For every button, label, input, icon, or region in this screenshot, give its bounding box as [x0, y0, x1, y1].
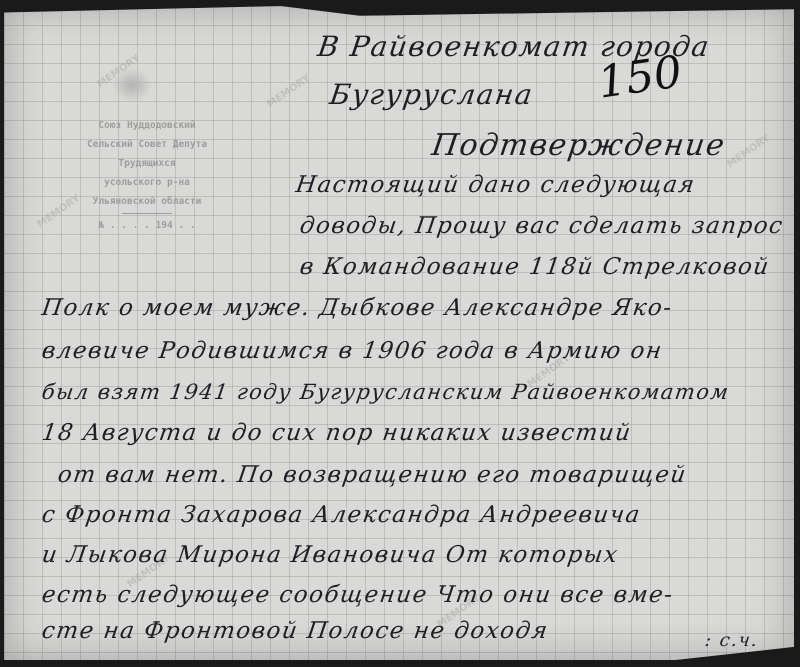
body-line: Полк о моем муже. Дыбкове Александре Яко…: [40, 295, 674, 321]
official-stamp: Союз Нуддодовский Сельский Совет Депута …: [52, 116, 242, 235]
watermark: MEMORY: [265, 73, 312, 110]
body-line: сте на Фронтовой Полосе не доходя: [40, 618, 550, 644]
stamp-line: Сельский Совет Депута: [52, 135, 242, 154]
stamp-line: Ульяновской области: [52, 192, 242, 211]
stamp-number-line: № . . . . 194 . .: [52, 216, 242, 235]
body-line: был взят 1941 году Бугурусланским Райвое…: [40, 380, 731, 404]
body-line: Настоящий дано следующая: [294, 172, 697, 198]
addressee-line-2: Бугуруслана: [328, 78, 536, 111]
stamp-line: усольского р-на: [52, 173, 242, 192]
stamp-divider: [122, 213, 172, 214]
body-line: доводы, Прошу вас сделать запрос: [298, 213, 785, 239]
document-title: Подтверждение: [430, 128, 728, 163]
stamp-line: Трудящихся: [52, 154, 242, 173]
body-line: и Лыкова Мирона Ивановича От которых: [40, 542, 620, 568]
body-line: от вам нет. По возвращению его товарищей: [56, 462, 688, 488]
body-line: с Фронта Захарова Александра Андреевича: [40, 502, 642, 528]
body-line: 18 Августа и до сих пор никаких известий: [40, 420, 633, 446]
torn-edge: [310, 0, 470, 12]
stamp-line: Союз Нуддодовский: [52, 116, 242, 135]
coat-of-arms-emblem: [112, 68, 152, 102]
footer-mark: : с.ч.: [704, 630, 760, 651]
watermark: MEMORY: [725, 133, 772, 170]
body-line: есть следующее сообщение Что они все вме…: [40, 582, 675, 608]
body-line: влевиче Родившимся в 1906 года в Армию о…: [40, 338, 664, 364]
body-line: в Командование 118й Стрелковой: [298, 254, 771, 280]
